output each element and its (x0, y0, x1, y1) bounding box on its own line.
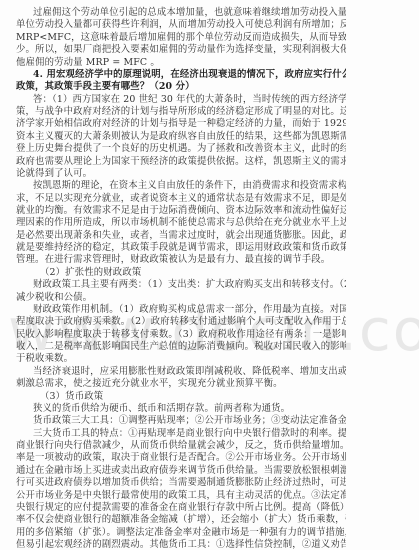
paragraph-line: 单位劳动投入量都可获得些许利润，从而增加劳动投入可使总利润有所增加；反之，假如 (16, 18, 346, 31)
fiscal-line: 收入，二是税率高低影响国民生产总值的边际消费倾向。税收对国民收入的影响程度取决 (16, 340, 346, 353)
monetary-line: 率不仅会使商业银行的超额准备金缩减（扩增），还会缩小（扩大）货币乘数，引起银行信 (16, 513, 346, 526)
answer-line: 就是要维持经济的稳定，其政策手段就是调节需求，即运用财政政策和货币政策进行总需求 (16, 241, 346, 254)
paragraph-line: 过雇佣这个劳动单位引起的总成本增加量，也就意味着继续增加劳动投入量，增加的每 (33, 6, 346, 19)
monetary-line: 率是一项被动的政策，取决于商业银行是否配合。②公开市场业务。公开市场业务是指央行 (16, 451, 346, 464)
monetary-line: 公开市场业务是中央银行最常使用的政策工具，具有主动灵活的优点。③法定准备金率是中 (16, 489, 346, 502)
monetary-line: 通过在金融市场上买进或卖出政府债券来调节货币供给量。当需要放松银根刺激经济时，央 (16, 464, 346, 477)
answer-line: 就业的均衡。有效需求不足是由于边际消费倾向、资本边际效率和流动性偏好这三个基本心 (16, 204, 346, 217)
monetary-line: 三大货币工具的特点：①再贴现率是商业银行向中央银行借款时的利率。提高再贴现率， (33, 427, 346, 440)
monetary-line: 商业银行向央行借款减少，从而货币供给量就会减少，反之，货币供给量增加。改变再贴现 (16, 439, 346, 452)
monetary-line: 央银行规定的应付提款需要的准备金在商业银行存款中所占比例。提高（降低）法定准备金 (16, 501, 346, 514)
monetary-line: 行可买进政府债券以增加货币供给；当需要遏制通货膨胀防止经济过热时，可进行反向操作… (16, 476, 346, 489)
fiscal-line: 财政政策作用机制。（1）政府购买构成总需求一部分，作用最为直接。对国民收入影响 (33, 303, 346, 316)
paragraph-line: 少。所以，如果厂商把投入要素如雇佣的劳动量作为选择变量，实现利润极大化的条件便是 (16, 43, 346, 56)
answer-line: 政府也需要从理论上为国家干预经济的政策提供依据。这样，凯恩斯主义的需求管理政策理 (16, 155, 346, 168)
question-heading-cont: 政策，其政策手段主要有哪些？（20 分） (16, 80, 346, 93)
answer-line: 按凯恩斯的理论，在资本主义自由放任的条件下，由消费需求和投资需求构成的有效需 (33, 179, 346, 192)
fiscal-line: 财政政策工具主要有两类：（1）支出类：扩大政府购买支出和转移支付。（2）收入类： (33, 278, 346, 291)
answer-line: 答：（1）西方国家在 20 世纪 30 年代的大萧条时，当时传统的西方经济学对此… (33, 93, 346, 106)
fiscal-line: 民收入影响程度取决于转移支付乘数。（3）政府税收作用途径有两条：一是影响个人可支… (16, 328, 346, 341)
monetary-line: 用的多倍紧缩（扩张）。调整法定准备金率对金融市场是一种强有力的调节措施，见效也快… (16, 526, 346, 539)
fiscal-line: 刺激总需求，使之接近充分就业水平，实现充分就业预算平衡。 (16, 377, 346, 390)
answer-line: 理因素的作用所造成，所以市场机制不能使总需求与总供给在充分就业水平上达到均衡，于 (16, 216, 346, 229)
fiscal-line: 当经济衰退时，应采用膨胀性财政政策即削减税收、降低税率、增加支出或双管齐下来 (33, 365, 346, 378)
paragraph-line: 他雇佣的劳动量 MRP = MFC 。 (16, 56, 346, 69)
fiscal-line: 程度取决于政府购买乘数。（2）政府转移支付通过影响个人可支配收入作用于总需求，对… (16, 315, 346, 328)
monetary-line: 狭义的货币供给为硬币、纸币和活期存款。前两者称为通货。 (33, 402, 346, 415)
answer-line: 登上历史舞台提供了一个良好的历史机遇。为了拯救和改善资本主义，此时的经济计划者和 (16, 142, 346, 155)
answer-line: 求，不足以实现充分就业，或者说资本主义的通常状态是有效需求不足，即是处在低于充分 (16, 192, 346, 205)
fiscal-line: 减少税收和公债。 (16, 291, 346, 304)
answer-line: 是必然要出现萧条和失业，或者，当需求过度时，就会出现通货膨胀。因此，政府调节经济 (16, 229, 346, 242)
answer-line: 论就得到了认可。 (16, 167, 346, 180)
answer-line: 管理。在进行需求管理时，财政政策被认为是最有力、最直接的调节手段。 (16, 253, 346, 266)
monetary-line: 货币政策三大工具：①调整再贴现率；②公开市场业务；③变动法定准备金率。 (33, 414, 346, 427)
document-page: www.docin.com 过雇佣这个劳动单位引起的总成本增加量，也就意味着继续… (0, 0, 419, 550)
fiscal-line: 于税收乘数。 (16, 352, 346, 365)
answer-line: 资本主义覆灭的大萧条则被认为是政府纵容自由放任的结果，这些都为凯恩斯需求管理思想 (16, 130, 346, 143)
section-heading-fiscal: （2）扩张性的财政政策 (40, 266, 346, 279)
question-heading: 4. 用宏观经济学中的原理说明，在经济出现衰退的情况下，政府应实行什么样的经济 (33, 68, 346, 81)
section-heading-monetary: （3）货币政策 (40, 390, 346, 403)
answer-line: 策，与战争中政府对经济的计划与指导所形成的经济稳定形成了明显的对比。这使得许多经 (16, 105, 346, 118)
paragraph-line: MRP<MFC，这意味着最后增加雇佣的那个单位劳动反而造成损失，从而导致总利润较… (16, 31, 346, 44)
answer-line: 济学家开始相信政府对经济的计划与指导是一种稳定经济的力量，而始于 1929 年的… (16, 117, 346, 130)
monetary-line: 但易引起宏观经济的剧烈震动。其他货币工具：①选择性信贷控制，②道义劝告。 (16, 538, 346, 550)
